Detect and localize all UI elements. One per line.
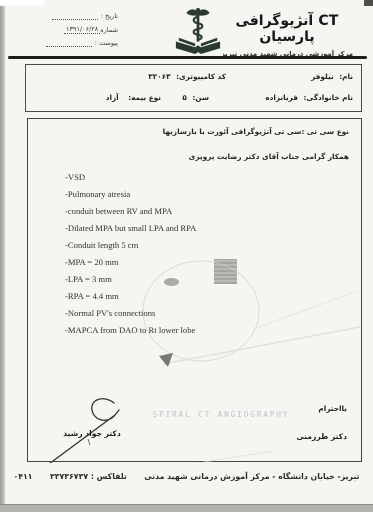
document-meta-block: تاریخ : شماره ۱۳۹۱/۰۶/۲۸ پیوست :: [14, 12, 118, 52]
exam-type-line: نوع سی تی :سی تی آنژیوگرافی آئورت با باز…: [163, 127, 349, 136]
telefax-number: ۳۳۷۳۶۷۳۷: [50, 472, 88, 481]
scanned-report-page: تاریخ : شماره ۱۳۹۱/۰۶/۲۸ پیوست :: [0, 0, 373, 512]
ink-stamp-dot: [164, 278, 179, 286]
computer-code-field: کد کامپیوتری: ۳۲۰۶۳: [148, 72, 226, 81]
footer-address-line: تبریز- خیابان دانشگاه - مرکز آموزش درمان…: [0, 472, 373, 481]
finding-item: -Normal PV's connections: [65, 305, 196, 322]
finding-item: -conduit between RV and MPA: [65, 203, 196, 220]
report-body-box: نوع سی تی :سی تی آنژیوگرافی آئورت با باز…: [27, 118, 362, 462]
scan-top-notch: [0, 0, 44, 5]
scan-left-edge: [0, 6, 5, 506]
area-code: ۰۴۱۱: [14, 472, 33, 481]
findings-list: -VSD -Pulmonary atresia -conduit between…: [65, 169, 196, 339]
computer-code-value: ۳۲۰۶۳: [148, 72, 170, 81]
patient-age-field: سن: ۵: [182, 93, 209, 102]
footer-address: تبریز- خیابان دانشگاه - مرکز آموزش درمان…: [144, 472, 359, 481]
faded-stamp-text: SPIRAL CT ANGIOGRAPHY: [116, 410, 326, 419]
date-label: تاریخ :: [101, 12, 118, 20]
patient-surname-field: نام خانوادگی: قربانزاده: [265, 93, 353, 102]
finding-item: -RPA = 4.4 mm: [65, 288, 196, 305]
doctor-name-right: دکتر طرزمنی: [296, 432, 347, 441]
attachment-row: پیوست :: [14, 39, 118, 47]
insurance-type-field: نوع بیمه: آزاد: [106, 93, 161, 102]
finding-item: -Pulmonary atresia: [65, 186, 196, 203]
patient-surname-label: نام خانوادگی:: [304, 93, 353, 102]
insurance-type-label: نوع بیمه:: [128, 93, 161, 102]
patient-surname-value: قربانزاده: [265, 93, 298, 102]
scan-corner-mark: [364, 0, 373, 6]
doctor-name-left: دکتر جواد رشید: [40, 429, 144, 438]
patient-age-label: سن:: [192, 93, 209, 102]
attachment-blank-line: [46, 40, 92, 47]
finding-item: -Conduit length 5 cm: [65, 237, 196, 254]
header-divider-rule: [8, 56, 367, 59]
finding-item: -MAPCA from DAO to Rt lower lobe: [65, 322, 196, 339]
patient-name-field: نام: نیلوفر: [311, 72, 353, 81]
clinic-title: CT آنژیوگرافی پارسیان: [211, 13, 363, 45]
number-value: ۱۳۹۱/۰۶/۲۸: [64, 25, 100, 34]
attachment-label: پیوست :: [95, 39, 118, 47]
finding-item: -Dilated MPA but small LPA and RPA: [65, 220, 196, 237]
insurance-type-value: آزاد: [106, 93, 119, 102]
scan-bottom-edge: [0, 505, 373, 512]
patient-info-box: نام: نیلوفر کد کامپیوتری: ۳۲۰۶۳ نام خانو…: [25, 64, 362, 112]
patient-name-value: نیلوفر: [311, 72, 334, 81]
telefax-label: تلفاکس :: [91, 472, 127, 481]
date-row: تاریخ :: [14, 12, 118, 20]
number-row: شماره ۱۳۹۱/۰۶/۲۸: [14, 25, 118, 34]
number-label: شماره: [100, 26, 118, 34]
date-blank-line: [52, 13, 98, 20]
computer-code-label: کد کامپیوتری:: [176, 72, 226, 81]
patient-name-label: نام:: [339, 72, 353, 81]
finding-item: -MPA = 20 mm: [65, 254, 196, 271]
finding-item: -VSD: [65, 169, 196, 186]
ink-stamp-smudge: [214, 259, 237, 284]
addressee-line: همکار گرامی جناب آقای دکتر رضایت پرویزی: [189, 152, 349, 161]
patient-age-value: ۵: [182, 93, 186, 102]
letterhead: CT آنژیوگرافی پارسیان مرکز آموزشی درمانی…: [211, 13, 363, 58]
